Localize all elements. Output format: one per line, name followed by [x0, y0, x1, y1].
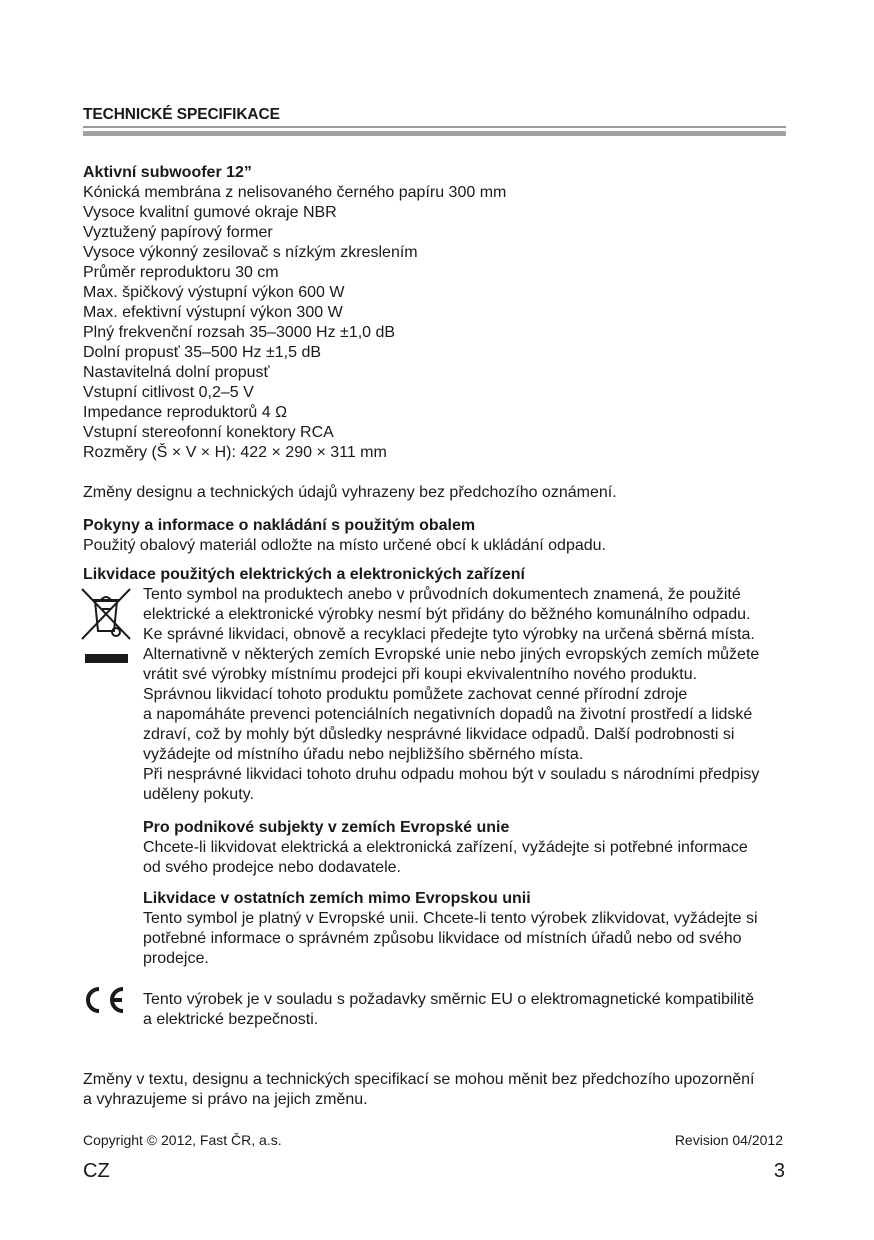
non-eu-heading: Likvidace v ostatních zemích mimo Evrops…	[143, 889, 758, 909]
non-eu-line: potřebné informace o správném způsobu li…	[143, 929, 758, 949]
spec-item: Max. efektivní výstupní výkon 300 W	[83, 303, 506, 323]
weee-line: zdraví, což by mohly být důsledky nesprá…	[143, 725, 759, 745]
weee-line: Tento symbol na produktech anebo v průvo…	[143, 585, 759, 605]
spec-item: Impedance reproduktorů 4 Ω	[83, 403, 506, 423]
copyright: Copyright © 2012, Fast ČR, a.s.	[83, 1132, 282, 1148]
weee-line: elektrické a elektronické výrobky nesmí …	[143, 605, 759, 625]
business-eu-line: Chcete-li likvidovat elektrická a elektr…	[143, 838, 748, 858]
spec-item: Kónická membrána z nelisovaného černého …	[83, 183, 506, 203]
weee-body: Tento symbol na produktech anebo v průvo…	[143, 585, 759, 805]
spec-item: Max. špičkový výstupní výkon 600 W	[83, 283, 506, 303]
business-eu-section: Pro podnikové subjekty v zemích Evropské…	[143, 818, 748, 878]
spec-item: Vysoce výkonný zesilovač s nízkým zkresl…	[83, 243, 506, 263]
weee-line: vrátit své výrobky místnímu prodejci při…	[143, 665, 759, 685]
spec-item: Průměr reproduktoru 30 cm	[83, 263, 506, 283]
non-eu-line: Tento symbol je platný v Evropské unii. …	[143, 909, 758, 929]
spec-item: Vstupní stereofonní konektory RCA	[83, 423, 506, 443]
weee-line: uděleny pokuty.	[143, 785, 759, 805]
final-note-line: a vyhrazujeme si právo na jejich změnu.	[83, 1090, 754, 1110]
packaging-section: Pokyny a informace o nakládání s použitý…	[83, 516, 606, 556]
weee-line: vyžádejte od místního úřadu nebo nejbliž…	[143, 745, 759, 765]
non-eu-section: Likvidace v ostatních zemích mimo Evrops…	[143, 889, 758, 969]
final-note: Změny v textu, designu a technických spe…	[83, 1070, 754, 1110]
weee-line: Při nesprávné likvidaci tohoto druhu odp…	[143, 765, 759, 785]
packaging-heading: Pokyny a informace o nakládání s použitý…	[83, 516, 606, 536]
crossed-out-wheelie-bin-icon	[80, 587, 132, 641]
business-eu-heading: Pro podnikové subjekty v zemích Evropské…	[143, 818, 748, 838]
final-note-line: Změny v textu, designu a technických spe…	[83, 1070, 754, 1090]
ce-line: Tento výrobek je v souladu s požadavky s…	[143, 990, 754, 1010]
design-change-note: Změny designu a technických údajů vyhraz…	[83, 483, 617, 503]
revision: Revision 04/2012	[675, 1132, 783, 1148]
ce-declaration: Tento výrobek je v souladu s požadavky s…	[143, 990, 754, 1030]
spec-item: Vstupní citlivost 0,2–5 V	[83, 383, 506, 403]
non-eu-line: prodejce.	[143, 949, 758, 969]
weee-date-bar	[85, 654, 128, 663]
page-number: 3	[774, 1160, 785, 1183]
weee-line: a napomáháte prevenci potenciálních nega…	[143, 705, 759, 725]
ce-line: a elektrické bezpečnosti.	[143, 1010, 754, 1030]
spec-item: Dolní propusť 35–500 Hz ±1,5 dB	[83, 343, 506, 363]
business-eu-line: od svého prodejce nebo dodavatele.	[143, 858, 748, 878]
spec-item: Rozměry (Š × V × H): 422 × 290 × 311 mm	[83, 443, 506, 463]
packaging-text: Použitý obalový materiál odložte na míst…	[83, 536, 606, 556]
spec-item: Plný frekvenční rozsah 35–3000 Hz ±1,0 d…	[83, 323, 506, 343]
specs-heading: Aktivní subwoofer 12”	[83, 163, 506, 183]
language-code: CZ	[83, 1160, 110, 1183]
spec-item: Vyztužený papírový former	[83, 223, 506, 243]
section-title: TECHNICKÉ SPECIFIKACE	[83, 106, 280, 124]
title-rule-thick	[83, 131, 786, 136]
ce-mark-icon	[80, 985, 128, 1015]
weee-line: Ke správné likvidaci, obnově a recyklaci…	[143, 625, 759, 645]
specs-block: Aktivní subwoofer 12” Kónická membrána z…	[83, 163, 506, 463]
weee-line: Správnou likvidací tohoto produktu pomůž…	[143, 685, 759, 705]
weee-heading: Likvidace použitých elektrických a elekt…	[83, 565, 525, 585]
spec-item: Vysoce kvalitní gumové okraje NBR	[83, 203, 506, 223]
spec-item: Nastavitelná dolní propusť	[83, 363, 506, 383]
title-rule-thin	[83, 126, 786, 128]
weee-line: Alternativně v některých zemích Evropské…	[143, 645, 759, 665]
